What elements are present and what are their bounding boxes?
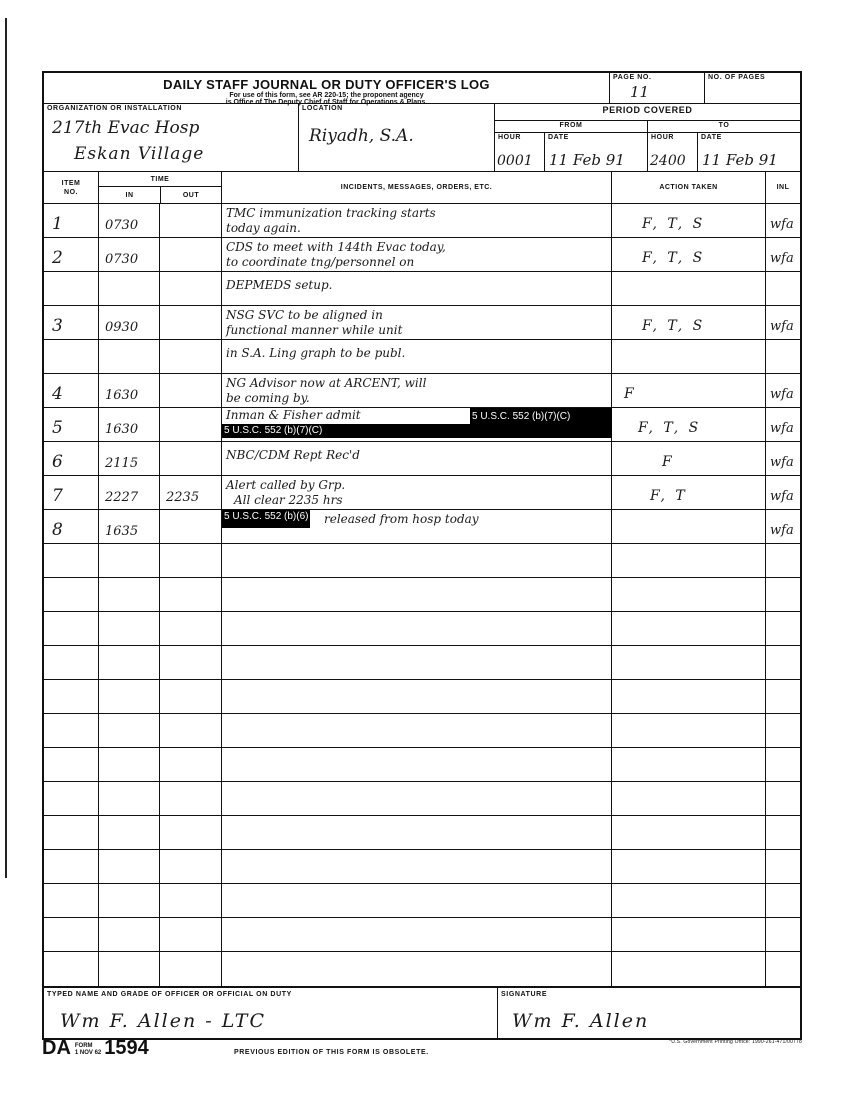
to-label: TO xyxy=(648,121,800,132)
incident-text-line-1: NSG SVC to be aligned in xyxy=(226,308,609,323)
item-no-header-text: ITEM NO. xyxy=(56,179,86,197)
incident-cell[interactable]: Inman & Fisher admit 5 U.S.C. 552 (b)(7)… xyxy=(222,408,612,441)
time-in: 0730 xyxy=(105,218,138,233)
table-row xyxy=(44,918,800,952)
to-hour-value: 2400 xyxy=(650,153,686,169)
incident-text-line-1: Inman & Fisher admit xyxy=(222,408,361,422)
location-field[interactable]: LOCATION Riyadh, S.A. xyxy=(299,104,495,171)
action-taken: F, T, S xyxy=(642,216,705,232)
incident-text-line-1: NG Advisor now at ARCENT, will xyxy=(226,376,609,391)
organization-field[interactable]: ORGANIZATION OR INSTALLATION 217th Evac … xyxy=(44,104,299,171)
item-number: 5 xyxy=(52,418,63,438)
organization-line-2: Eskan Village xyxy=(74,144,204,164)
incident-cell[interactable] xyxy=(222,612,612,645)
initials: wfa xyxy=(770,523,794,538)
action-taken: F, T xyxy=(650,488,688,504)
action-taken: F xyxy=(662,454,675,470)
initials: wfa xyxy=(770,387,794,402)
organization-label: ORGANIZATION OR INSTALLATION xyxy=(44,104,298,113)
log-table-header: ITEM NO. TIME IN OUT INCIDENTS, MESSAGES… xyxy=(44,171,800,203)
time-out-header: OUT xyxy=(161,187,221,203)
signature-value: Wm F. Allen xyxy=(512,1010,649,1032)
incident-cell[interactable]: 5 U.S.C. 552 (b)(6) released from hosp t… xyxy=(222,510,612,543)
table-row xyxy=(44,714,800,748)
from-date-field[interactable]: DATE 11 Feb 91 xyxy=(545,133,648,171)
officer-name-label: TYPED NAME AND GRADE OF OFFICER OR OFFIC… xyxy=(44,990,497,999)
incident-cell[interactable]: NBC/CDM Rept Rec'd xyxy=(222,442,612,475)
form-date-block: FORM 1 NOV 62 xyxy=(75,1043,101,1057)
incident-text-line-2: All clear 2235 hrs xyxy=(234,493,609,508)
item-number: 4 xyxy=(52,384,63,404)
table-row: 8 1635 5 U.S.C. 552 (b)(6) released from… xyxy=(44,510,800,544)
to-hour-field[interactable]: HOUR 2400 xyxy=(648,133,698,171)
form-date: 1 NOV 62 xyxy=(75,1050,101,1056)
location-value: Riyadh, S.A. xyxy=(309,126,414,146)
table-row xyxy=(44,544,800,578)
header-info-row: ORGANIZATION OR INSTALLATION 217th Evac … xyxy=(44,103,800,171)
table-row xyxy=(44,680,800,714)
to-date-label: DATE xyxy=(698,133,800,142)
time-in: 2227 xyxy=(105,490,138,505)
table-row xyxy=(44,782,800,816)
table-row xyxy=(44,612,800,646)
item-number: 3 xyxy=(52,316,63,336)
action-taken: F, T, S xyxy=(642,318,705,334)
to-hour-label: HOUR xyxy=(648,133,697,142)
title-row: DAILY STAFF JOURNAL OR DUTY OFFICER'S LO… xyxy=(44,73,800,103)
initials: wfa xyxy=(770,489,794,504)
table-row xyxy=(44,884,800,918)
period-covered-block: PERIOD COVERED FROM TO HOUR 0001 DATE 11… xyxy=(495,104,800,171)
incident-cell[interactable] xyxy=(222,680,612,713)
incident-line-1: Inman & Fisher admit 5 U.S.C. 552 (b)(7)… xyxy=(222,408,361,423)
incident-cell[interactable] xyxy=(222,714,612,747)
incident-text-line-1: Alert called by Grp. xyxy=(226,478,609,493)
page-no-field[interactable]: PAGE NO. 11 xyxy=(610,73,705,103)
time-in: 0730 xyxy=(105,252,138,267)
action-taken: F xyxy=(624,386,637,402)
time-in-header: IN xyxy=(99,187,161,203)
incident-cell[interactable] xyxy=(222,952,612,986)
initials: wfa xyxy=(770,217,794,232)
item-number: 2 xyxy=(52,248,63,268)
table-row: 1 0730 TMC immunization tracking starts … xyxy=(44,204,800,238)
incident-cell[interactable]: CDS to meet with 144th Evac today, to co… xyxy=(222,238,612,271)
incident-text-line-2: functional manner while unit xyxy=(226,323,609,338)
incident-cell[interactable] xyxy=(222,578,612,611)
incident-cell[interactable]: Alert called by Grp. All clear 2235 hrs xyxy=(222,476,612,509)
table-row xyxy=(44,952,800,986)
item-number: 6 xyxy=(52,452,63,472)
table-row xyxy=(44,578,800,612)
signature-field[interactable]: SIGNATURE Wm F. Allen xyxy=(498,988,800,1038)
initials: wfa xyxy=(770,421,794,436)
scan-edge-mark xyxy=(5,18,7,878)
action-taken-header: ACTION TAKEN xyxy=(612,172,766,203)
period-covered-label: PERIOD COVERED xyxy=(495,104,800,121)
no-of-pages-field[interactable]: NO. OF PAGES xyxy=(705,73,800,103)
table-row: in S.A. Ling graph to be publ. xyxy=(44,340,800,374)
form-word: FORM xyxy=(75,1043,93,1049)
time-header-text: TIME xyxy=(99,172,221,187)
incident-text-line-1: DEPMEDS setup. xyxy=(226,278,609,293)
from-hour-field[interactable]: HOUR 0001 xyxy=(495,133,545,171)
initials: wfa xyxy=(770,319,794,334)
incident-text-line-2: today again. xyxy=(226,221,609,236)
incident-cell[interactable] xyxy=(222,816,612,849)
to-date-value: 11 Feb 91 xyxy=(702,151,778,169)
incident-cell[interactable] xyxy=(222,782,612,815)
form-title-box: DAILY STAFF JOURNAL OR DUTY OFFICER'S LO… xyxy=(44,73,610,103)
incident-text-line-2: be coming by. xyxy=(226,391,609,406)
incident-text-line-1: in S.A. Ling graph to be publ. xyxy=(226,346,609,361)
form-number: 1594 xyxy=(104,1037,149,1060)
form-prefix: DA xyxy=(42,1037,71,1060)
time-in: 0930 xyxy=(105,320,138,335)
from-to-labels: FROM TO xyxy=(495,121,800,133)
incident-cell[interactable] xyxy=(222,544,612,577)
action-taken: F, T, S xyxy=(642,250,705,266)
form-identifier: DA FORM 1 NOV 62 1594 xyxy=(42,1037,149,1060)
no-of-pages-label: NO. OF PAGES xyxy=(705,73,800,82)
log-entries-grid: 1 0730 TMC immunization tracking starts … xyxy=(44,203,800,986)
incident-cell[interactable]: TMC immunization tracking starts today a… xyxy=(222,204,612,237)
table-row: 6 2115 NBC/CDM Rept Rec'd F wfa xyxy=(44,442,800,476)
from-date-label: DATE xyxy=(545,133,647,142)
initials-header: INL xyxy=(766,172,800,203)
organization-line-1: 217th Evac Hosp xyxy=(52,118,199,138)
gpo-note: *U.S. Government Printing Office: 1990-2… xyxy=(669,1039,802,1045)
incident-text-line-1: CDS to meet with 144th Evac today, xyxy=(226,240,609,255)
table-row: 3 0930 NSG SVC to be aligned in function… xyxy=(44,306,800,340)
incident-cell[interactable]: in S.A. Ling graph to be publ. xyxy=(222,340,612,373)
table-row xyxy=(44,748,800,782)
form-subtitle-1: For use of this form, see AR 220-15; the… xyxy=(44,92,609,99)
table-row: 7 2227 2235 Alert called by Grp. All cle… xyxy=(44,476,800,510)
duty-officer-log-form: DAILY STAFF JOURNAL OR DUTY OFFICER'S LO… xyxy=(42,71,802,1040)
incident-text-line-1: NBC/CDM Rept Rec'd xyxy=(226,448,609,463)
item-number: 7 xyxy=(52,486,63,506)
location-label: LOCATION xyxy=(299,104,494,113)
time-in: 1630 xyxy=(105,422,138,437)
table-row: DEPMEDS setup. xyxy=(44,272,800,306)
page-no-value: 11 xyxy=(630,83,649,101)
initials: wfa xyxy=(770,251,794,266)
from-hour-value: 0001 xyxy=(497,153,533,169)
incident-text-line-1: released from hosp today xyxy=(324,512,479,526)
time-out: 2235 xyxy=(166,490,199,505)
officer-name-value: Wm F. Allen - LTC xyxy=(60,1010,266,1032)
incident-cell[interactable]: NG Advisor now at ARCENT, will be coming… xyxy=(222,374,612,407)
from-hour-label: HOUR xyxy=(495,133,544,142)
redaction-block: 5 U.S.C. 552 (b)(6) xyxy=(222,510,310,528)
to-date-field[interactable]: DATE 11 Feb 91 xyxy=(698,133,800,171)
period-values: HOUR 0001 DATE 11 Feb 91 HOUR 2400 DATE … xyxy=(495,133,800,171)
initials: wfa xyxy=(770,455,794,470)
action-taken: F, T, S xyxy=(638,420,701,436)
table-row: 2 0730 CDS to meet with 144th Evac today… xyxy=(44,238,800,272)
incident-cell[interactable]: NSG SVC to be aligned in functional mann… xyxy=(222,306,612,339)
incident-cell[interactable] xyxy=(222,918,612,951)
redaction-block: 5 U.S.C. 552 (b)(7)(C) xyxy=(222,424,612,438)
from-date-value: 11 Feb 91 xyxy=(549,151,625,169)
incident-cell[interactable]: DEPMEDS setup. xyxy=(222,272,612,305)
incident-text-line-2: to coordinate tng/personnel on xyxy=(226,255,609,270)
table-row xyxy=(44,816,800,850)
signature-label: SIGNATURE xyxy=(498,990,800,999)
officer-name-field[interactable]: TYPED NAME AND GRADE OF OFFICER OR OFFIC… xyxy=(44,988,498,1038)
incident-cell[interactable] xyxy=(222,884,612,917)
from-label: FROM xyxy=(495,121,648,132)
time-in: 2115 xyxy=(105,456,138,471)
officer-signature-row: TYPED NAME AND GRADE OF OFFICER OR OFFIC… xyxy=(44,986,800,1038)
item-no-header: ITEM NO. xyxy=(44,172,99,203)
table-row xyxy=(44,850,800,884)
time-header: TIME IN OUT xyxy=(99,172,222,203)
incident-cell[interactable] xyxy=(222,646,612,679)
obsolete-note: PREVIOUS EDITION OF THIS FORM IS OBSOLET… xyxy=(234,1049,429,1056)
incident-cell[interactable] xyxy=(222,850,612,883)
time-in: 1630 xyxy=(105,388,138,403)
incident-text-line-1: TMC immunization tracking starts xyxy=(226,206,609,221)
table-row: 4 1630 NG Advisor now at ARCENT, will be… xyxy=(44,374,800,408)
item-number: 8 xyxy=(52,520,63,540)
table-row: 5 1630 Inman & Fisher admit 5 U.S.C. 552… xyxy=(44,408,800,442)
incident-cell[interactable] xyxy=(222,748,612,781)
table-row xyxy=(44,646,800,680)
time-in: 1635 xyxy=(105,524,138,539)
incidents-header: INCIDENTS, MESSAGES, ORDERS, ETC. xyxy=(222,172,612,203)
page-no-label: PAGE NO. xyxy=(610,73,704,82)
form-title: DAILY STAFF JOURNAL OR DUTY OFFICER'S LO… xyxy=(44,77,609,92)
item-number: 1 xyxy=(52,214,63,234)
